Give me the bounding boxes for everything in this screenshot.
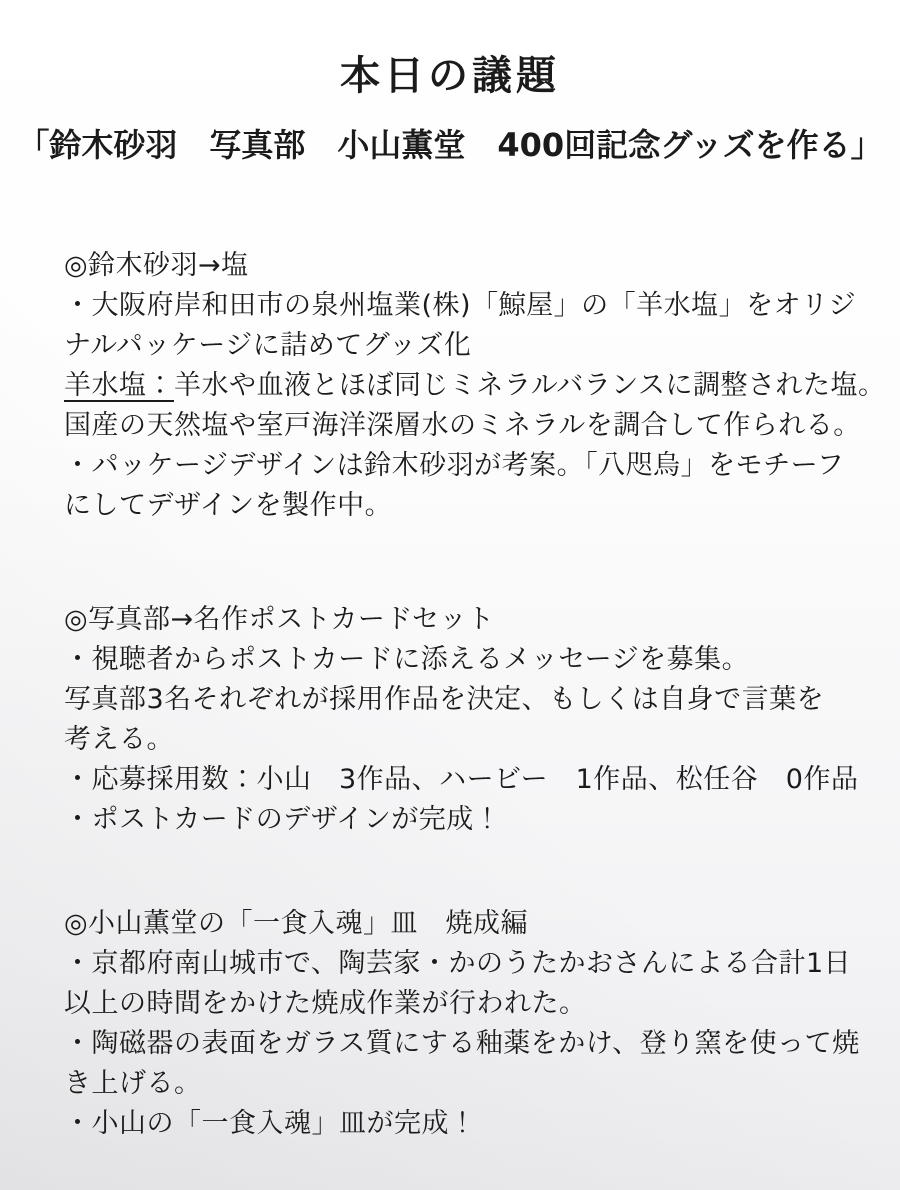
text-line: ・陶磁器の表面をガラス質にする釉薬をかけ、登り窯を使って焼 xyxy=(64,1024,884,1064)
page-title: 本日の議題 xyxy=(0,44,900,101)
text-line: ・京都府南山城市で、陶芸家・かのうたかおさんによる合計1日 xyxy=(64,944,884,984)
term-definition: 羊水や血液とほぼ同じミネラルバランスに調整された塩。 xyxy=(174,370,886,401)
text-line: ・応募採用数：小山 3作品、ハービー 1作品、松任谷 0作品 xyxy=(64,760,884,800)
section-heading: ◎写真部→名作ポストカードセット xyxy=(64,600,884,640)
text-line: 国産の天然塩や室戸海洋深層水のミネラルを調合して作られる。 xyxy=(64,406,884,446)
text-line: 考える。 xyxy=(64,720,884,760)
text-line: ・ポストカードのデザインが完成！ xyxy=(64,800,884,840)
section-heading: ◎小山薫堂の「一食入魂」皿 焼成編 xyxy=(64,904,884,944)
section-photo-club-postcards: ◎写真部→名作ポストカードセット ・視聴者からポストカードに添えるメッセージを募… xyxy=(64,600,884,840)
text-line: ・大阪府岸和田市の泉州塩業(株)「鯨屋」の「羊水塩」をオリジ xyxy=(64,286,884,326)
text-line: 以上の時間をかけた焼成作業が行われた。 xyxy=(64,984,884,1024)
text-line: ・小山の「一食入魂」皿が完成！ xyxy=(64,1104,884,1144)
underlined-term: 羊水塩： xyxy=(64,370,174,401)
section-heading: ◎鈴木砂羽→塩 xyxy=(64,246,884,286)
definition-line: 羊水塩：羊水や血液とほぼ同じミネラルバランスに調整された塩。 xyxy=(64,366,884,406)
section-koyama-kundo-plate: ◎小山薫堂の「一食入魂」皿 焼成編 ・京都府南山城市で、陶芸家・かのうたかおさん… xyxy=(64,904,884,1144)
text-line: き上げる。 xyxy=(64,1064,884,1104)
agenda-subtitle: 「鈴木砂羽 写真部 小山薫堂 400回記念グッズを作る」 xyxy=(0,120,900,166)
text-line: ・パッケージデザインは鈴木砂羽が考案。「八咫烏」をモチーフ xyxy=(64,446,884,486)
text-line: 写真部3名それぞれが採用作品を決定、もしくは自身で言葉を xyxy=(64,680,884,720)
agenda-document: 本日の議題 「鈴木砂羽 写真部 小山薫堂 400回記念グッズを作る」 ◎鈴木砂羽… xyxy=(0,0,900,1190)
text-line: にしてデザインを製作中。 xyxy=(64,486,884,526)
text-line: ナルパッケージに詰めてグッズ化 xyxy=(64,326,884,366)
text-line: ・視聴者からポストカードに添えるメッセージを募集。 xyxy=(64,640,884,680)
section-suzuki-sawa-salt: ◎鈴木砂羽→塩 ・大阪府岸和田市の泉州塩業(株)「鯨屋」の「羊水塩」をオリジ ナ… xyxy=(64,246,884,526)
